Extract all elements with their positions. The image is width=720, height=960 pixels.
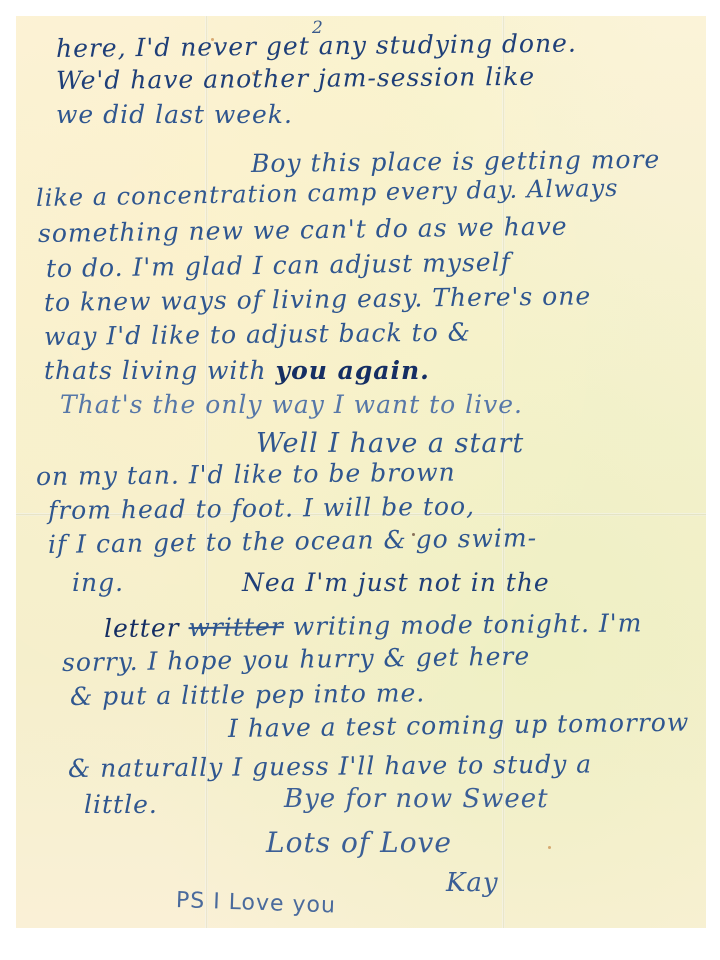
letter-line: from head to foot. I will be too, [48,492,475,525]
letter-line: like a concentration camp every day. Alw… [36,174,619,212]
letter-line-text: writing mode tonight. I'm [293,608,643,641]
letter-line: & put a little pep into me. [70,678,426,711]
letter-line: That's the only way I want to live. [60,390,523,419]
signoff-line: Lots of Love [266,826,452,859]
letter-line: way I'd like to adjust back to & [44,318,471,351]
letter-line-text: letter [104,613,180,643]
letter-line-text: thats living with [44,356,267,385]
letter-line: we did last week. [56,100,293,129]
letter-line: on my tan. I'd like to be brown [36,458,456,491]
paper-stain [548,846,551,849]
letter-line: thats living with you again. [44,356,430,385]
postscript: PS I Love you [176,888,337,919]
letter-line: letter writter writing mode tonight. I'm [104,608,643,643]
letter-line: I have a test coming up tomorrow [228,708,690,743]
letter-line: something new we can't do as we have [38,212,568,248]
letter-page: 2 here, I'd never get any studying done.… [16,16,706,928]
letter-line: Well I have a start [256,428,524,459]
letter-line: to do. I'm glad I can adjust myself [46,248,511,283]
letter-line: Nea I'm just not in the [242,568,550,597]
letter-line: here, I'd never get any studying done. [56,29,577,63]
signature: Kay [446,868,499,898]
letter-line: ing. [72,568,124,597]
closing-line: Bye for now Sweet [284,784,549,814]
letter-line: We'd have another jam-session like [56,62,535,95]
letter-line: little. [84,790,158,819]
letter-line: & naturally I guess I'll have to study a [68,749,592,783]
emphasized-text: you again. [276,356,430,385]
letter-line: sorry. I hope you hurry & get here [62,641,531,677]
letter-line: if I can get to the ocean & go swim- [48,523,537,559]
letter-line: to knew ways of living easy. There's one [44,281,592,317]
struck-word: writter [188,612,283,642]
letter-line: Boy this place is getting more [251,145,661,178]
